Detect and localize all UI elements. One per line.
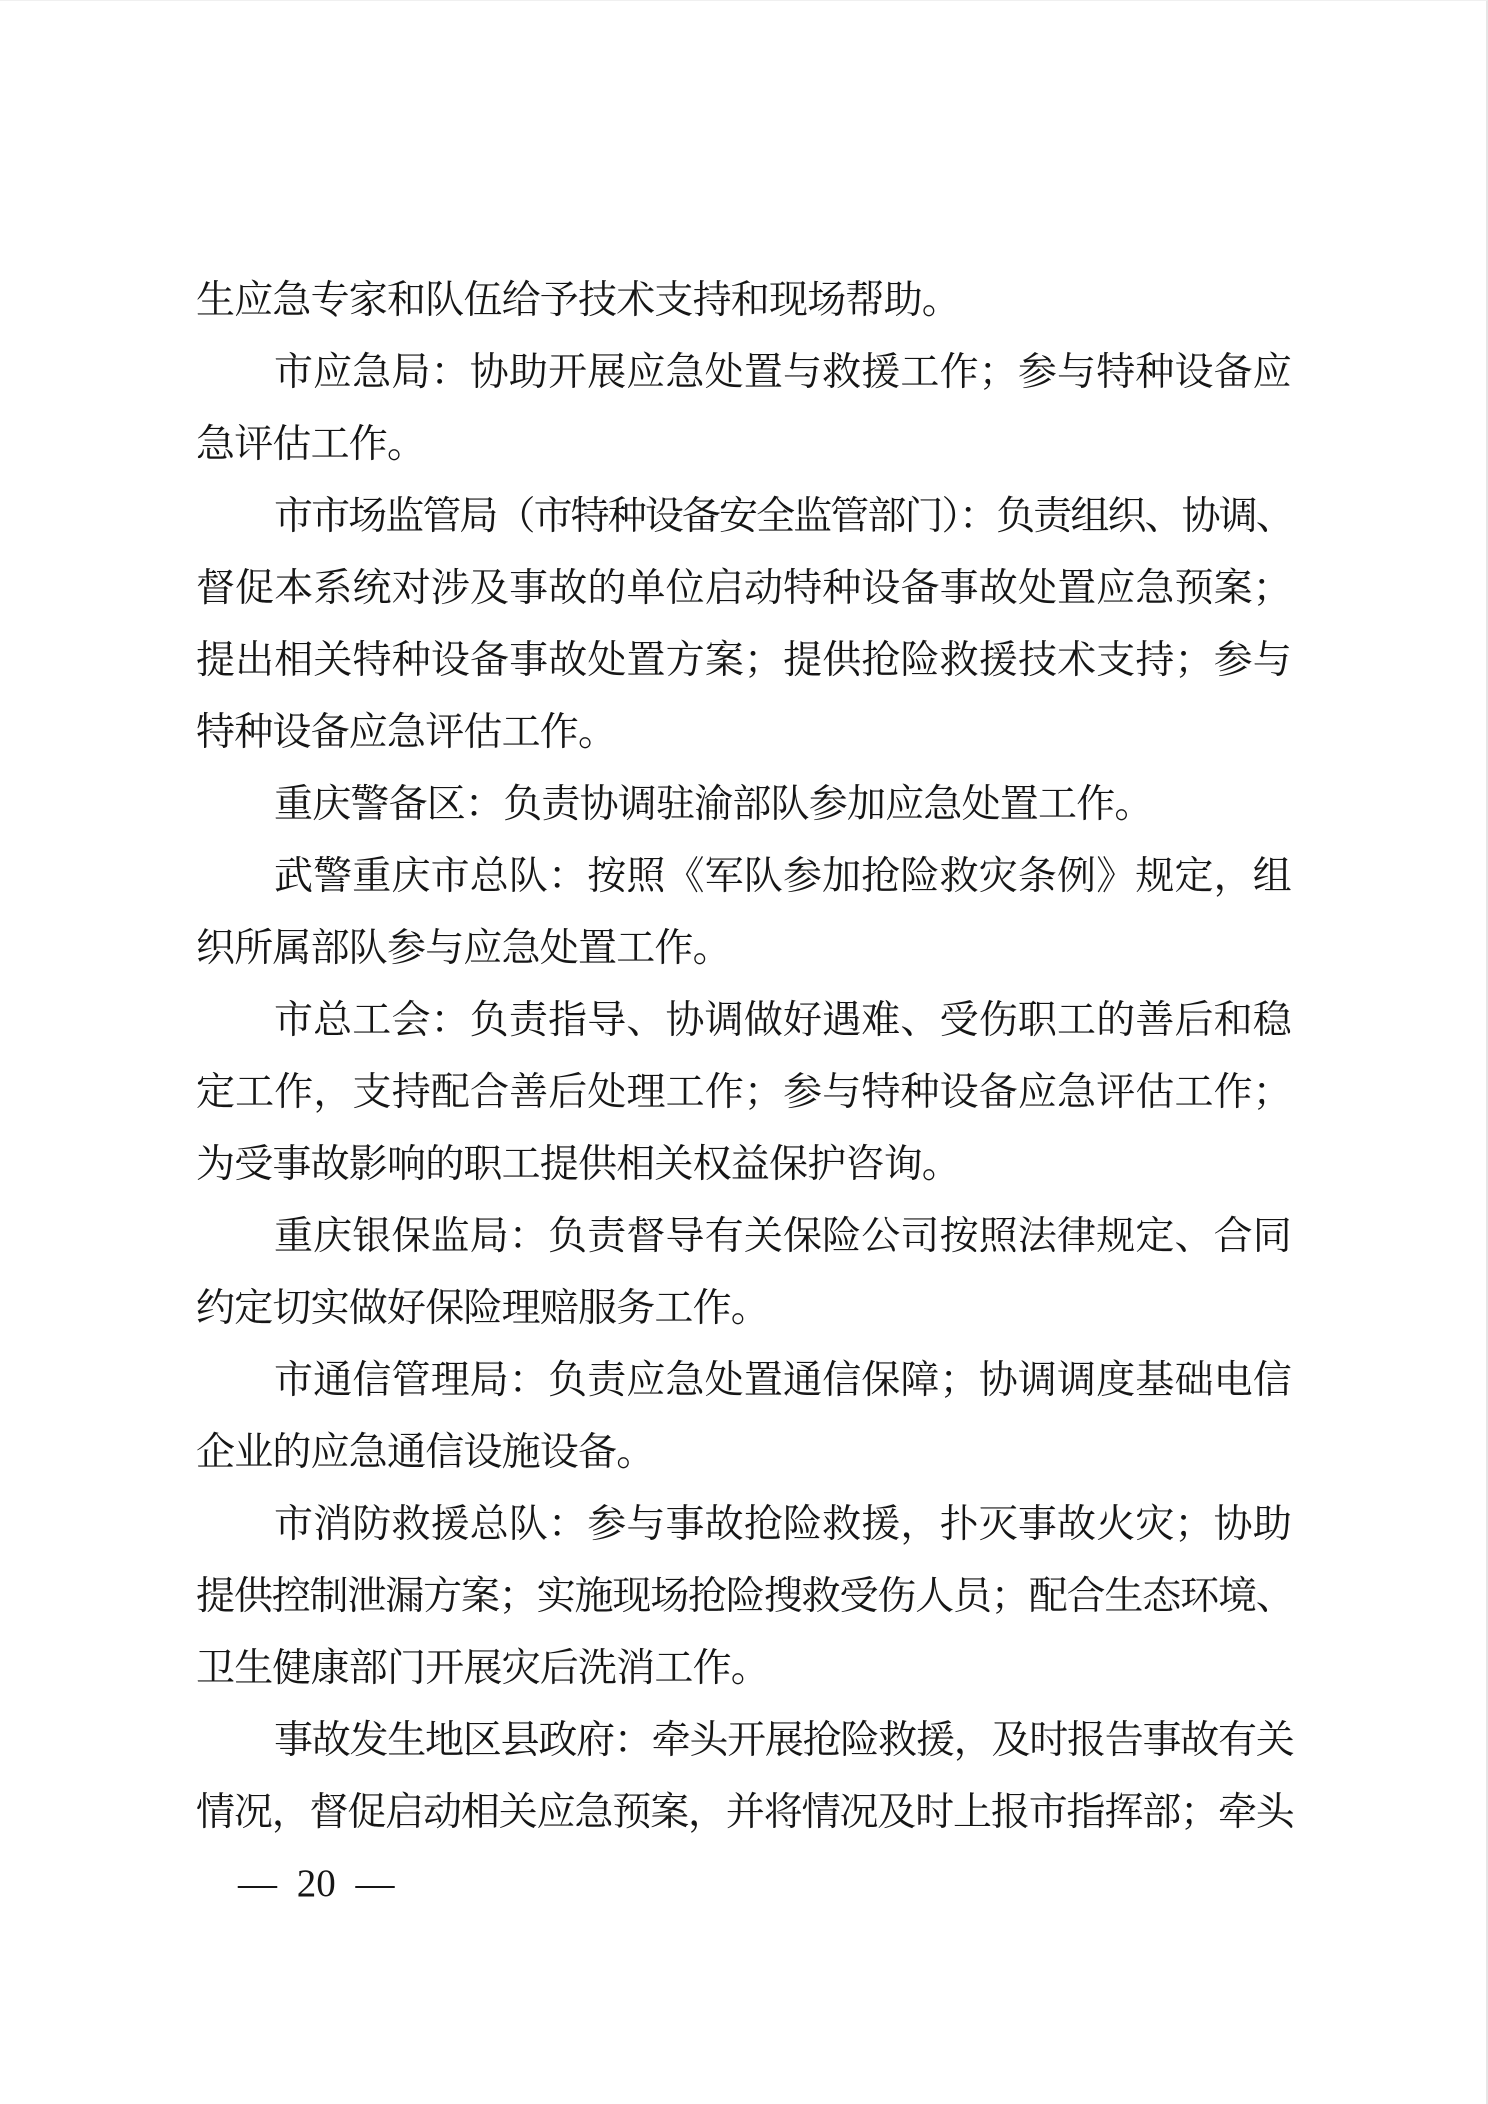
text-line: 情况，督促启动相关应急预案，并将情况及时上报市指挥部；牵头 <box>196 1777 1291 1849</box>
text-line: 市总工会：负责指导、协调做好遇难、受伤职工的善后和稳 <box>196 985 1291 1057</box>
text-line: 定工作，支持配合善后处理工作；参与特种设备应急评估工作； <box>196 1057 1291 1129</box>
text-line: 武警重庆市总队：按照《军队参加抢险救灾条例》规定，组 <box>196 841 1291 913</box>
text-line: 市消防救援总队：参与事故抢险救援，扑灭事故火灾；协助 <box>196 1489 1291 1561</box>
text-line: 重庆银保监局：负责督导有关保险公司按照法律规定、合同 <box>196 1201 1291 1273</box>
document-page: 生应急专家和队伍给予技术支持和现场帮助。 市应急局：协助开展应急处置与救援工作；… <box>0 0 1488 2104</box>
text-line: 生应急专家和队伍给予技术支持和现场帮助。 <box>196 265 1291 337</box>
text-line: 事故发生地区县政府：牵头开展抢险救援，及时报告事故有关 <box>196 1705 1291 1777</box>
text-line: 提出相关特种设备事故处置方案；提供抢险救援技术支持；参与 <box>196 625 1291 697</box>
text-line: 卫生健康部门开展灾后洗消工作。 <box>196 1633 1291 1705</box>
text-line: 市通信管理局：负责应急处置通信保障；协调调度基础电信 <box>196 1345 1291 1417</box>
text-line: 急评估工作。 <box>196 409 1291 481</box>
text-line: 重庆警备区：负责协调驻渝部队参加应急处置工作。 <box>196 769 1291 841</box>
text-line: 提供控制泄漏方案；实施现场抢险搜救受伤人员；配合生态环境、 <box>196 1561 1291 1633</box>
text-line: 约定切实做好保险理赔服务工作。 <box>196 1273 1291 1345</box>
text-line: 企业的应急通信设施设备。 <box>196 1417 1291 1489</box>
text-line: 市市场监管局（市特种设备安全监管部门）：负责组织、协调、 <box>196 481 1291 553</box>
text-line: 市应急局：协助开展应急处置与救援工作；参与特种设备应 <box>196 337 1291 409</box>
text-line: 特种设备应急评估工作。 <box>196 697 1291 769</box>
page-body-text: 生应急专家和队伍给予技术支持和现场帮助。 市应急局：协助开展应急处置与救援工作；… <box>196 265 1291 1849</box>
text-line: 织所属部队参与应急处置工作。 <box>196 913 1291 985</box>
text-line: 为受事故影响的职工提供相关权益保护咨询。 <box>196 1129 1291 1201</box>
text-line: 督促本系统对涉及事故的单位启动特种设备事故处置应急预案； <box>196 553 1291 625</box>
page-number: — 20 — <box>238 1863 395 1905</box>
